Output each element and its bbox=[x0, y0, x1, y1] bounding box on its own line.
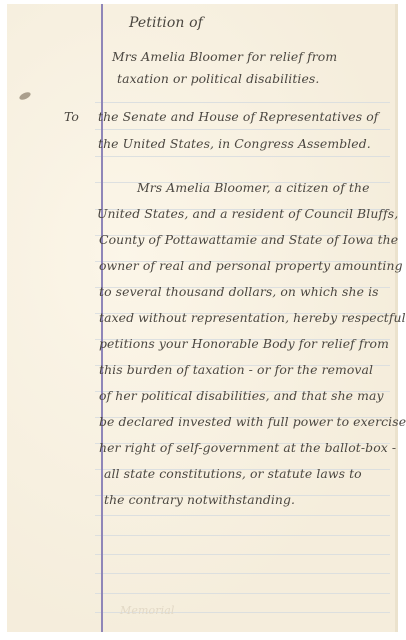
salutation-line: the Senate and House of Representatives … bbox=[98, 109, 378, 124]
ink-stain bbox=[18, 91, 31, 102]
rule-line bbox=[95, 593, 390, 594]
rule-line bbox=[95, 515, 390, 516]
body-line: all state constitutions, or statute laws… bbox=[104, 466, 362, 481]
rule-line bbox=[95, 554, 390, 555]
body-line: of her political disabilities, and that … bbox=[99, 388, 384, 403]
body-line: her right of self-government at the ball… bbox=[99, 440, 396, 455]
rule-line bbox=[95, 102, 390, 103]
body-line: United States, and a resident of Council… bbox=[97, 206, 398, 221]
body-line: owner of real and personal property amou… bbox=[99, 258, 403, 273]
petition-page: Petition of Mrs Amelia Bloomer for relie… bbox=[7, 4, 398, 632]
body-line: the contrary notwithstanding. bbox=[104, 492, 295, 507]
petition-title: Petition of bbox=[129, 15, 203, 31]
petition-subtitle-line: Mrs Amelia Bloomer for relief from bbox=[112, 49, 337, 64]
rule-line bbox=[95, 573, 390, 574]
rule-line bbox=[95, 129, 390, 130]
body-line: taxed without representation, hereby res… bbox=[99, 310, 406, 325]
bleed-through-text: Memorial bbox=[120, 604, 174, 617]
petition-subtitle-line: taxation or political disabilities. bbox=[117, 71, 319, 86]
rule-line bbox=[95, 156, 390, 157]
body-line: this burden of taxation - or for the rem… bbox=[99, 362, 373, 377]
salutation-line: the United States, in Congress Assembled… bbox=[98, 136, 371, 151]
salutation-prefix: To bbox=[64, 109, 79, 124]
rule-line bbox=[95, 535, 390, 536]
body-line: to several thousand dollars, on which sh… bbox=[99, 284, 379, 299]
body-line: be declared invested with full power to … bbox=[99, 414, 406, 429]
body-line: petitions your Honorable Body for relief… bbox=[99, 336, 389, 351]
body-line: Mrs Amelia Bloomer, a citizen of the bbox=[137, 180, 370, 195]
body-line: County of Pottawattamie and State of Iow… bbox=[99, 232, 398, 247]
